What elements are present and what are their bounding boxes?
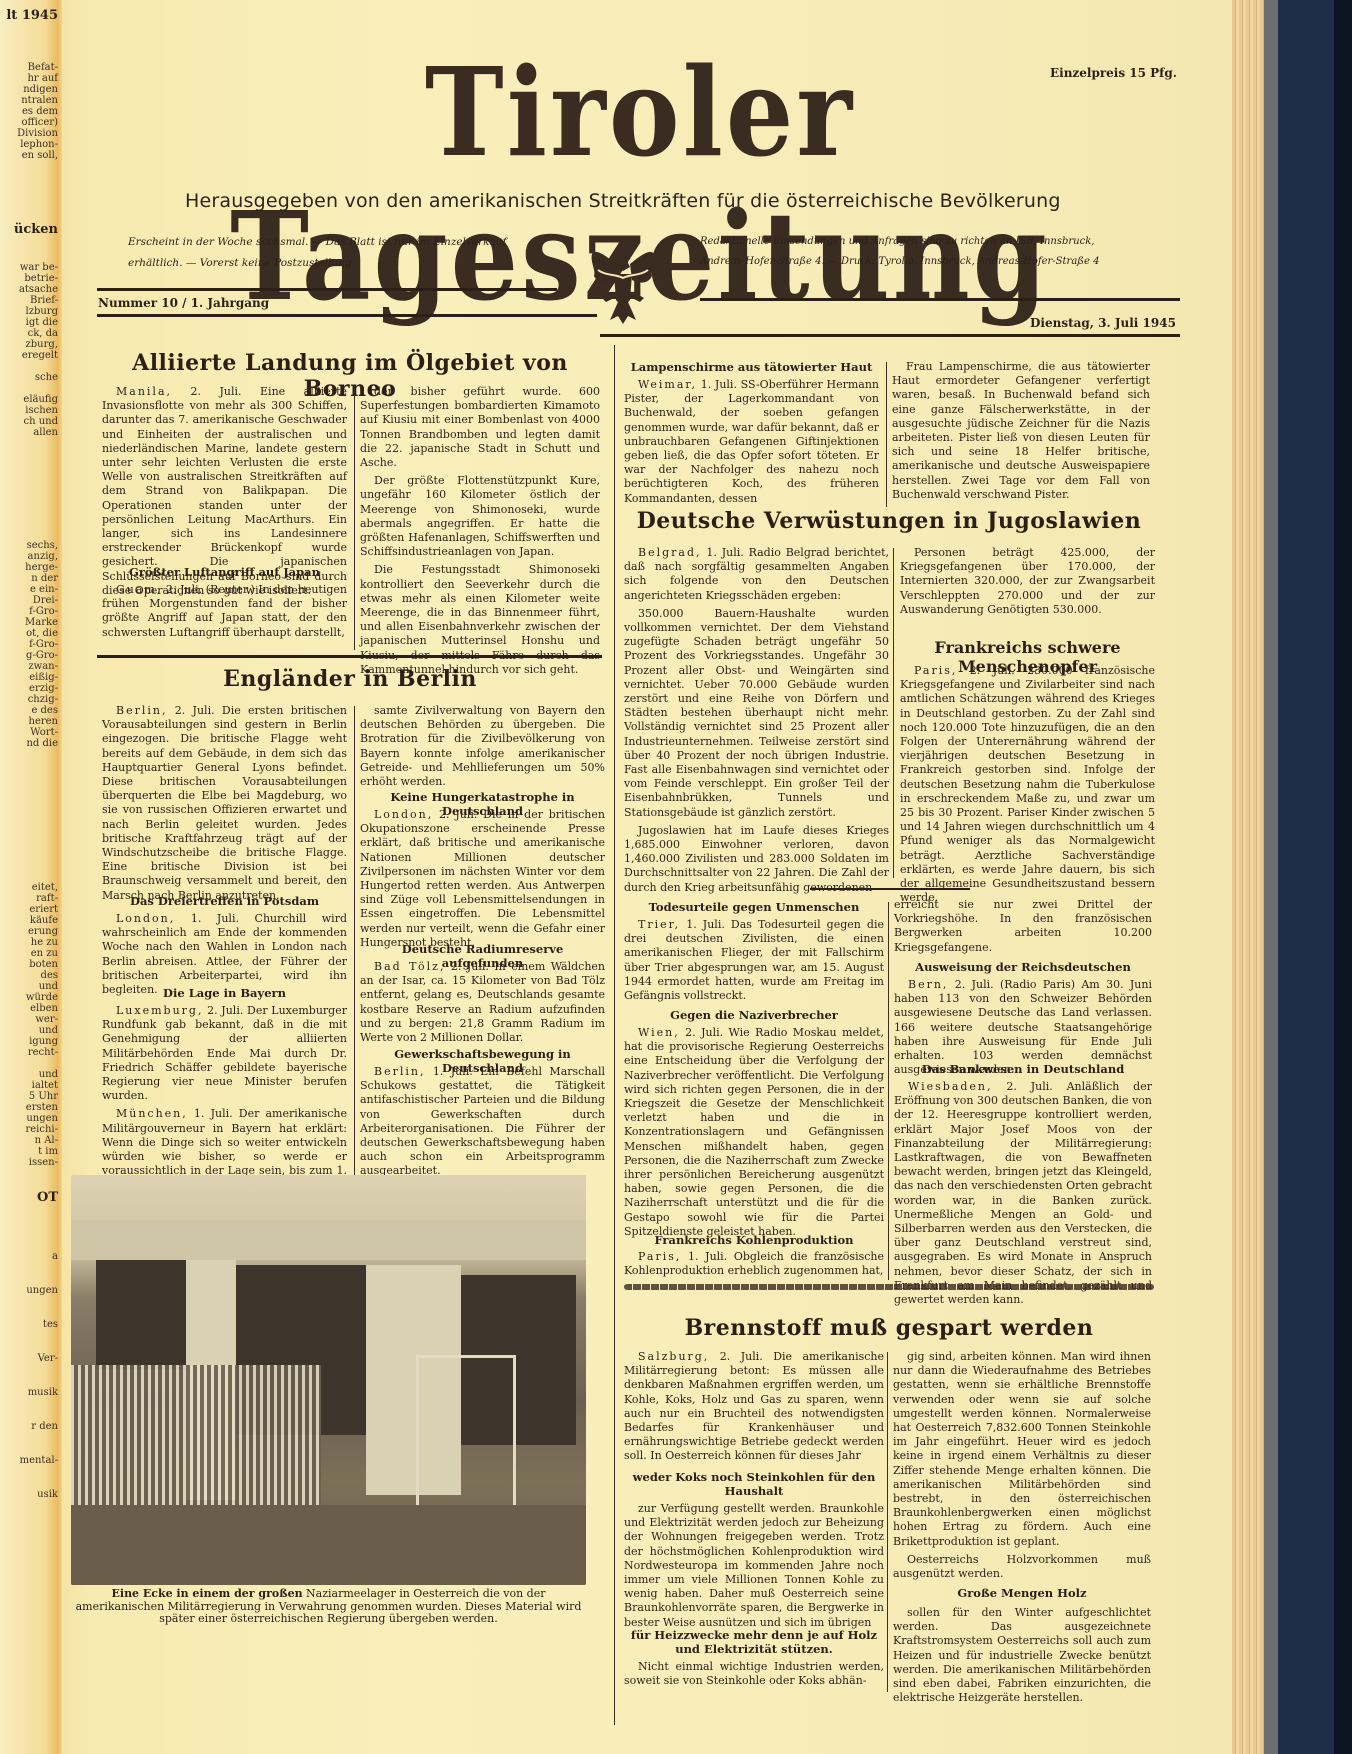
- article-bankwesen: Wiesbaden, 2. Juli. Anläßlich der Eröffn…: [894, 1080, 1152, 1311]
- column-divider: [354, 388, 355, 650]
- subhead-naziverbrecher: Gegen die Naziverbrecher: [624, 1008, 884, 1022]
- masthead-subtitle: Herausgegeben von den amerikanischen Str…: [185, 190, 1061, 212]
- subhead-potsdam: Das Dreiertreffen in Potsdam: [102, 894, 347, 908]
- editorial-note: Redaktionelle Einsendungen und Anfragen …: [700, 232, 1140, 272]
- dateline: Belgrad,: [638, 546, 702, 559]
- paragraph: Die Festungsstadt Shimonoseki kontrollie…: [360, 563, 600, 677]
- paragraph: Frau Lampenschirme, die aus tätowierter …: [892, 360, 1150, 502]
- paragraph: Oesterreichs Holzvorkommen muß ausgenütz…: [893, 1553, 1151, 1581]
- paragraph: Wien, 2. Juli. Wie Radio Moskau meldet, …: [624, 1026, 884, 1239]
- column-divider: [614, 345, 615, 1725]
- paragraph: Paris, 2. Juli. 230.000 französische Kri…: [900, 664, 1155, 905]
- subhead-koks: weder Koks noch Steinkohlen für den Haus…: [624, 1470, 884, 1498]
- news-photo-weapons-depot: [71, 1175, 586, 1585]
- book-spine-edge: [1334, 0, 1352, 1754]
- article-lampenschirme-col2: Frau Lampenschirme, die aus tätowierter …: [892, 360, 1150, 506]
- dateline: London,: [116, 912, 175, 925]
- subhead-luftangriff: Größter Luftangriff auf Japan: [102, 565, 347, 579]
- article-kohlenproduktion-continued: erreicht sie nur zwei Drittel der Vorkri…: [894, 898, 1152, 955]
- dateline: Luxemburg,: [116, 1004, 203, 1017]
- previous-page-text: war be- betrie- atsache Brief- lzburg ig…: [19, 262, 58, 438]
- previous-page-section: OT: [37, 1190, 58, 1205]
- publication-note: Erscheint in der Woche sechsmal. — Das B…: [128, 232, 558, 274]
- dateline: Paris,: [914, 664, 957, 677]
- previous-page-header: lt 1945: [6, 8, 58, 23]
- paragraph: Berlin, 2. Juli. Die ersten britischen V…: [102, 704, 347, 903]
- headline-jugoslawien: Deutsche Verwüstungen in Jugoslawien: [624, 508, 1154, 534]
- dateline: München,: [116, 1107, 188, 1120]
- article-brennstoff-col1b: zur Verfügung gestellt werden. Braunkohl…: [624, 1502, 884, 1634]
- photo-caption: Eine Ecke in einem der großen Naziarmeel…: [71, 1588, 586, 1626]
- paragraph: Trier, 1. Juli. Das Todesurteil gegen di…: [624, 918, 884, 1003]
- column-divider: [893, 548, 894, 878]
- binding-tape: [1264, 0, 1278, 1754]
- subhead-bankwesen: Das Bankwesen in Deutschland: [894, 1062, 1152, 1076]
- article-brennstoff-col1c: Nicht einmal wichtige Industrien werden,…: [624, 1660, 884, 1692]
- dateline: Manila,: [116, 385, 172, 398]
- dateline: Salzburg,: [638, 1350, 709, 1363]
- paragraph: London, 2. Juli. Die in der britischen O…: [360, 808, 605, 950]
- paragraph: Guam, 2. Juli. (Reuter.) In den heutigen…: [102, 583, 347, 640]
- paragraph: Bad Tölz, 2. Juli. In einem Wäldchen an …: [360, 960, 605, 1045]
- previous-page-listing: a ungen tes Ver- musik r den mental- usi…: [20, 1240, 58, 1512]
- issue-date: Dienstag, 3. Juli 1945: [1030, 316, 1176, 330]
- dateline: London,: [374, 808, 433, 821]
- masthead-rule-left: [97, 288, 557, 291]
- paragraph: Wiesbaden, 2. Juli. Anläßlich der Eröffn…: [894, 1080, 1152, 1307]
- column-divider: [888, 902, 889, 1280]
- article-brennstoff-col2: gig sind, arbeiten können. Man wird ihne…: [893, 1350, 1151, 1585]
- subhead-ausweisung: Ausweisung der Reichsdeutschen: [894, 960, 1152, 974]
- column-divider: [886, 362, 887, 507]
- article-lampenschirme-col1: Weimar, 1. Juli. SS-Oberführer Hermann P…: [624, 378, 879, 510]
- subhead-todesurteile: Todesurteile gegen Unmenschen: [624, 900, 884, 914]
- paragraph: gig sind, arbeiten können. Man wird ihne…: [893, 1350, 1151, 1549]
- previous-page-text: eitet, raft- eriert käufe erung he zu en…: [25, 882, 58, 1168]
- wavy-divider: [624, 1284, 1154, 1290]
- column-divider: [354, 706, 355, 1181]
- paragraph: Luxemburg, 2. Juli. Der Luxemburger Rund…: [102, 1004, 347, 1103]
- dateline: Bern,: [908, 978, 948, 991]
- paragraph: samte Zivilverwaltung von Bayern den deu…: [360, 704, 605, 789]
- header-bottom-rule-right: [600, 334, 1180, 337]
- paragraph: Berlin, 1. Juli. Ein Befehl Marschall Sc…: [360, 1065, 605, 1179]
- article-frankreich: Paris, 2. Juli. 230.000 französische Kri…: [900, 664, 1155, 909]
- paragraph: Weimar, 1. Juli. SS-Oberführer Hermann P…: [624, 378, 879, 506]
- short-rule: [810, 888, 970, 890]
- article-radium: Bad Tölz, 2. Juli. In einem Wäldchen an …: [360, 960, 605, 1049]
- masthead-rule-right: [700, 298, 1180, 301]
- paragraph: der bisher geführt wurde. 600 Superfestu…: [360, 385, 600, 470]
- tyrolean-eagle-icon: [588, 240, 658, 325]
- paragraph: 350.000 Bauern-Haushalte wurden vollkomm…: [624, 607, 889, 820]
- article-brennstoff-col2b: sollen für den Winter aufgeschlichtet we…: [893, 1606, 1151, 1709]
- subhead-bayern: Die Lage in Bayern: [102, 986, 347, 1000]
- price-label: Einzelpreis 15 Pfg.: [1050, 66, 1177, 80]
- paragraph: Jugoslawien hat im Laufe dieses Krieges …: [624, 824, 889, 895]
- subhead-holz: Große Mengen Holz: [893, 1586, 1151, 1600]
- header-bottom-rule-left: [97, 314, 597, 317]
- dateline: Bad Tölz,: [374, 960, 445, 973]
- paragraph: Paris, 1. Juli. Obgleich die französisch…: [624, 1250, 884, 1278]
- paragraph: Personen beträgt 425.000, der Kriegsgefa…: [900, 546, 1155, 617]
- paragraph: Nicht einmal wichtige Industrien werden,…: [624, 1660, 884, 1688]
- article-kohlenproduktion: Paris, 1. Juli. Obgleich die französisch…: [624, 1250, 884, 1282]
- article-borneo-col2: der bisher geführt wurde. 600 Superfestu…: [360, 385, 600, 681]
- dateline: Wien,: [638, 1026, 680, 1039]
- article-berlin-col2: samte Zivilverwaltung von Bayern den deu…: [360, 704, 605, 793]
- paragraph: London, 1. Juli. Churchill wird wahrsche…: [102, 912, 347, 997]
- headline-brennstoff: Brennstoff muß gespart werden: [624, 1315, 1154, 1341]
- paragraph: Salzburg, 2. Juli. Die amerikanische Mil…: [624, 1350, 884, 1464]
- section-rule: [97, 655, 602, 658]
- article-gewerkschaft: Berlin, 1. Juli. Ein Befehl Marschall Sc…: [360, 1065, 605, 1183]
- dateline: Berlin,: [374, 1065, 425, 1078]
- subhead-heizzwecke: für Heizzwecke mehr denn je auf Holz und…: [624, 1628, 884, 1656]
- subhead-lampenschirme: Lampenschirme aus tätowierter Haut: [624, 360, 879, 374]
- previous-page-text: Befat- hr auf ndigen ntralen es dem offi…: [17, 62, 58, 161]
- article-berlin-col1: Berlin, 2. Juli. Die ersten britischen V…: [102, 704, 347, 907]
- article-jugoslawien-col1: Belgrad, 1. Juli. Radio Belgrad berichte…: [624, 546, 889, 899]
- column-divider: [887, 1352, 888, 1692]
- paragraph: zur Verfügung gestellt werden. Braunkohl…: [624, 1502, 884, 1630]
- dateline: Weimar,: [638, 378, 697, 391]
- previous-page-edge: lt 1945 Befat- hr auf ndigen ntralen es …: [0, 0, 62, 1754]
- article-hunger: London, 2. Juli. Die in der britischen O…: [360, 808, 605, 954]
- dateline: Berlin,: [116, 704, 167, 717]
- paragraph: sollen für den Winter aufgeschlichtet we…: [893, 1606, 1151, 1705]
- dateline: Wiesbaden,: [908, 1080, 993, 1093]
- dateline: Trier,: [638, 918, 680, 931]
- dateline: Guam,: [116, 583, 162, 596]
- previous-page-headline: ücken: [14, 222, 58, 237]
- article-bayern: Luxemburg, 2. Juli. Der Luxemburger Rund…: [102, 1004, 347, 1197]
- page-stack-edges: [1232, 0, 1264, 1754]
- article-luftangriff: Guam, 2. Juli. (Reuter.) In den heutigen…: [102, 583, 347, 644]
- dateline: Paris,: [638, 1250, 681, 1263]
- book-spine: [1278, 0, 1334, 1754]
- paragraph: Der größte Flottenstützpunkt Kure, ungef…: [360, 474, 600, 559]
- article-jugoslawien-col2: Personen beträgt 425.000, der Kriegsgefa…: [900, 546, 1155, 621]
- article-naziverbrecher: Wien, 2. Juli. Wie Radio Moskau meldet, …: [624, 1026, 884, 1243]
- caption-lead: Eine Ecke in einem der großen: [112, 1587, 303, 1600]
- article-todesurteile: Trier, 1. Juli. Das Todesurteil gegen di…: [624, 918, 884, 1007]
- previous-page-text: sechs, anzig, herge- n der e ein- Drei- …: [25, 540, 58, 749]
- article-brennstoff-col1: Salzburg, 2. Juli. Die amerikanische Mil…: [624, 1350, 884, 1468]
- issue-number: Nummer 10 / 1. Jahrgang: [98, 296, 269, 310]
- paragraph: Belgrad, 1. Juli. Radio Belgrad berichte…: [624, 546, 889, 603]
- subhead-kohlenproduktion: Frankreichs Kohlenproduktion: [624, 1233, 884, 1247]
- headline-berlin: Engländer in Berlin: [100, 666, 600, 692]
